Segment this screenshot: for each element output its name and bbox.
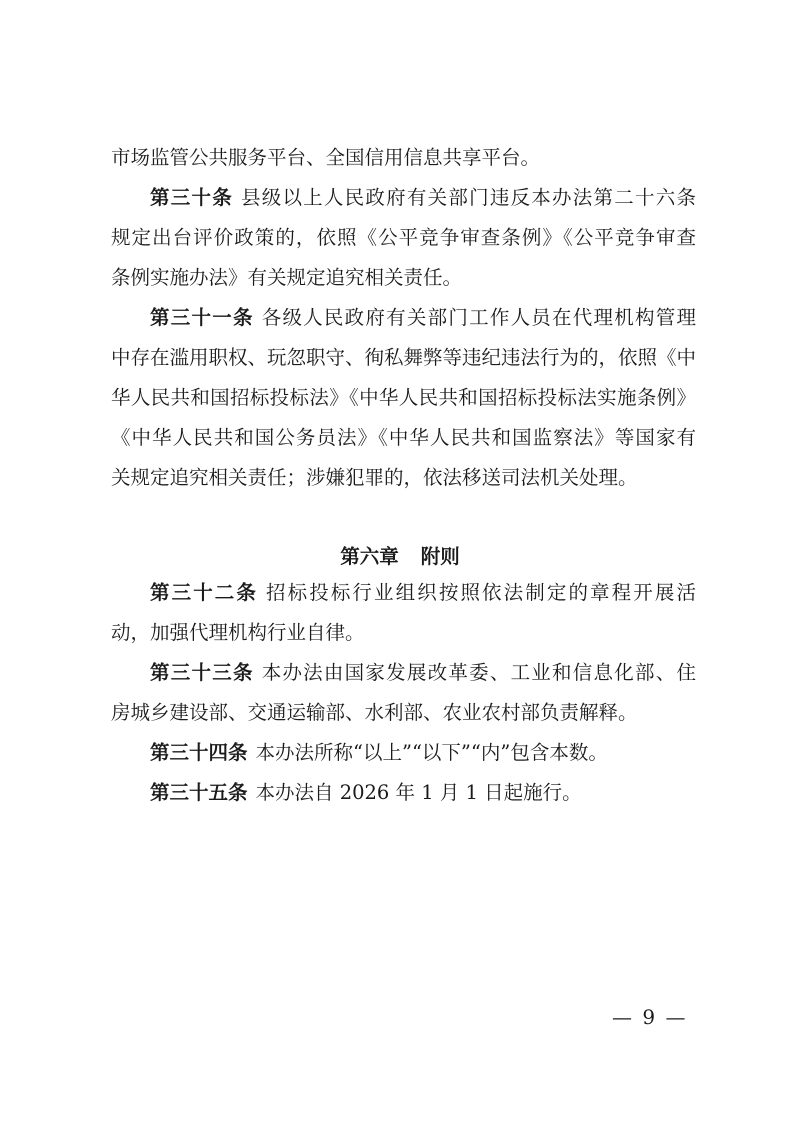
- article-30: 第三十条县级以上人民政府有关部门违反本办法第二十六条: [150, 186, 696, 210]
- article-34: 第三十四条本办法所称“以上”“以下”“内”包含本数。: [150, 741, 696, 765]
- article-31: 第三十一条各级人民政府有关部门工作人员在代理机构管理: [150, 306, 696, 330]
- article-label: 第三十三条: [150, 661, 254, 684]
- article-35: 第三十五条本办法自 2026 年 1 月 1 日起施行。: [150, 781, 696, 805]
- text-line: 《中华人民共和国公务员法》《中华人民共和国监察法》等国家有: [111, 426, 696, 450]
- text-line: 华人民共和国招标投标法》《中华人民共和国招标投标法实施条例》: [111, 386, 696, 410]
- text-line: 中存在滥用职权、玩忽职守、徇私舞弊等违纪违法行为的，依照《中: [111, 346, 696, 370]
- text-line: 动，加强代理机构行业自律。: [111, 621, 696, 645]
- text-line: 关规定追究相关责任；涉嫌犯罪的，依法移送司法机关处理。: [111, 466, 696, 490]
- article-text: 本办法所称“以上”“以下”“内”包含本数。: [256, 741, 608, 764]
- article-text: 招标投标行业组织按照依法制定的章程开展活: [266, 581, 696, 604]
- chapter-heading: 第六章附则: [0, 541, 800, 569]
- article-text: 本办法自 2026 年 1 月 1 日起施行。: [256, 781, 582, 804]
- document-page: 市场监管公共服务平台、全国信用信息共享平台。 第三十条县级以上人民政府有关部门违…: [0, 0, 800, 1131]
- article-label: 第三十二条: [150, 581, 258, 604]
- chapter-number: 第六章: [340, 545, 399, 568]
- article-label: 第三十五条: [150, 781, 248, 804]
- article-text: 各级人民政府有关部门工作人员在代理机构管理: [262, 306, 696, 329]
- chapter-title: 附则: [421, 545, 460, 568]
- article-text: 本办法由国家发展改革委、工业和信息化部、住: [262, 661, 696, 684]
- article-label: 第三十一条: [150, 306, 254, 329]
- text-line: 市场监管公共服务平台、全国信用信息共享平台。: [111, 146, 696, 170]
- article-label: 第三十四条: [150, 741, 248, 764]
- article-32: 第三十二条招标投标行业组织按照依法制定的章程开展活: [150, 581, 696, 605]
- article-33: 第三十三条本办法由国家发展改革委、工业和信息化部、住: [150, 661, 696, 685]
- text-line: 条例实施办法》有关规定追究相关责任。: [111, 266, 696, 290]
- text-line: 房城乡建设部、交通运输部、水利部、农业农村部负责解释。: [111, 701, 696, 725]
- text-line: 规定出台评价政策的，依照《公平竞争审查条例》《公平竞争审查: [111, 226, 696, 250]
- page-number: — 9 —: [612, 1005, 687, 1029]
- article-text: 县级以上人民政府有关部门违反本办法第二十六条: [241, 186, 696, 209]
- article-label: 第三十条: [150, 186, 233, 209]
